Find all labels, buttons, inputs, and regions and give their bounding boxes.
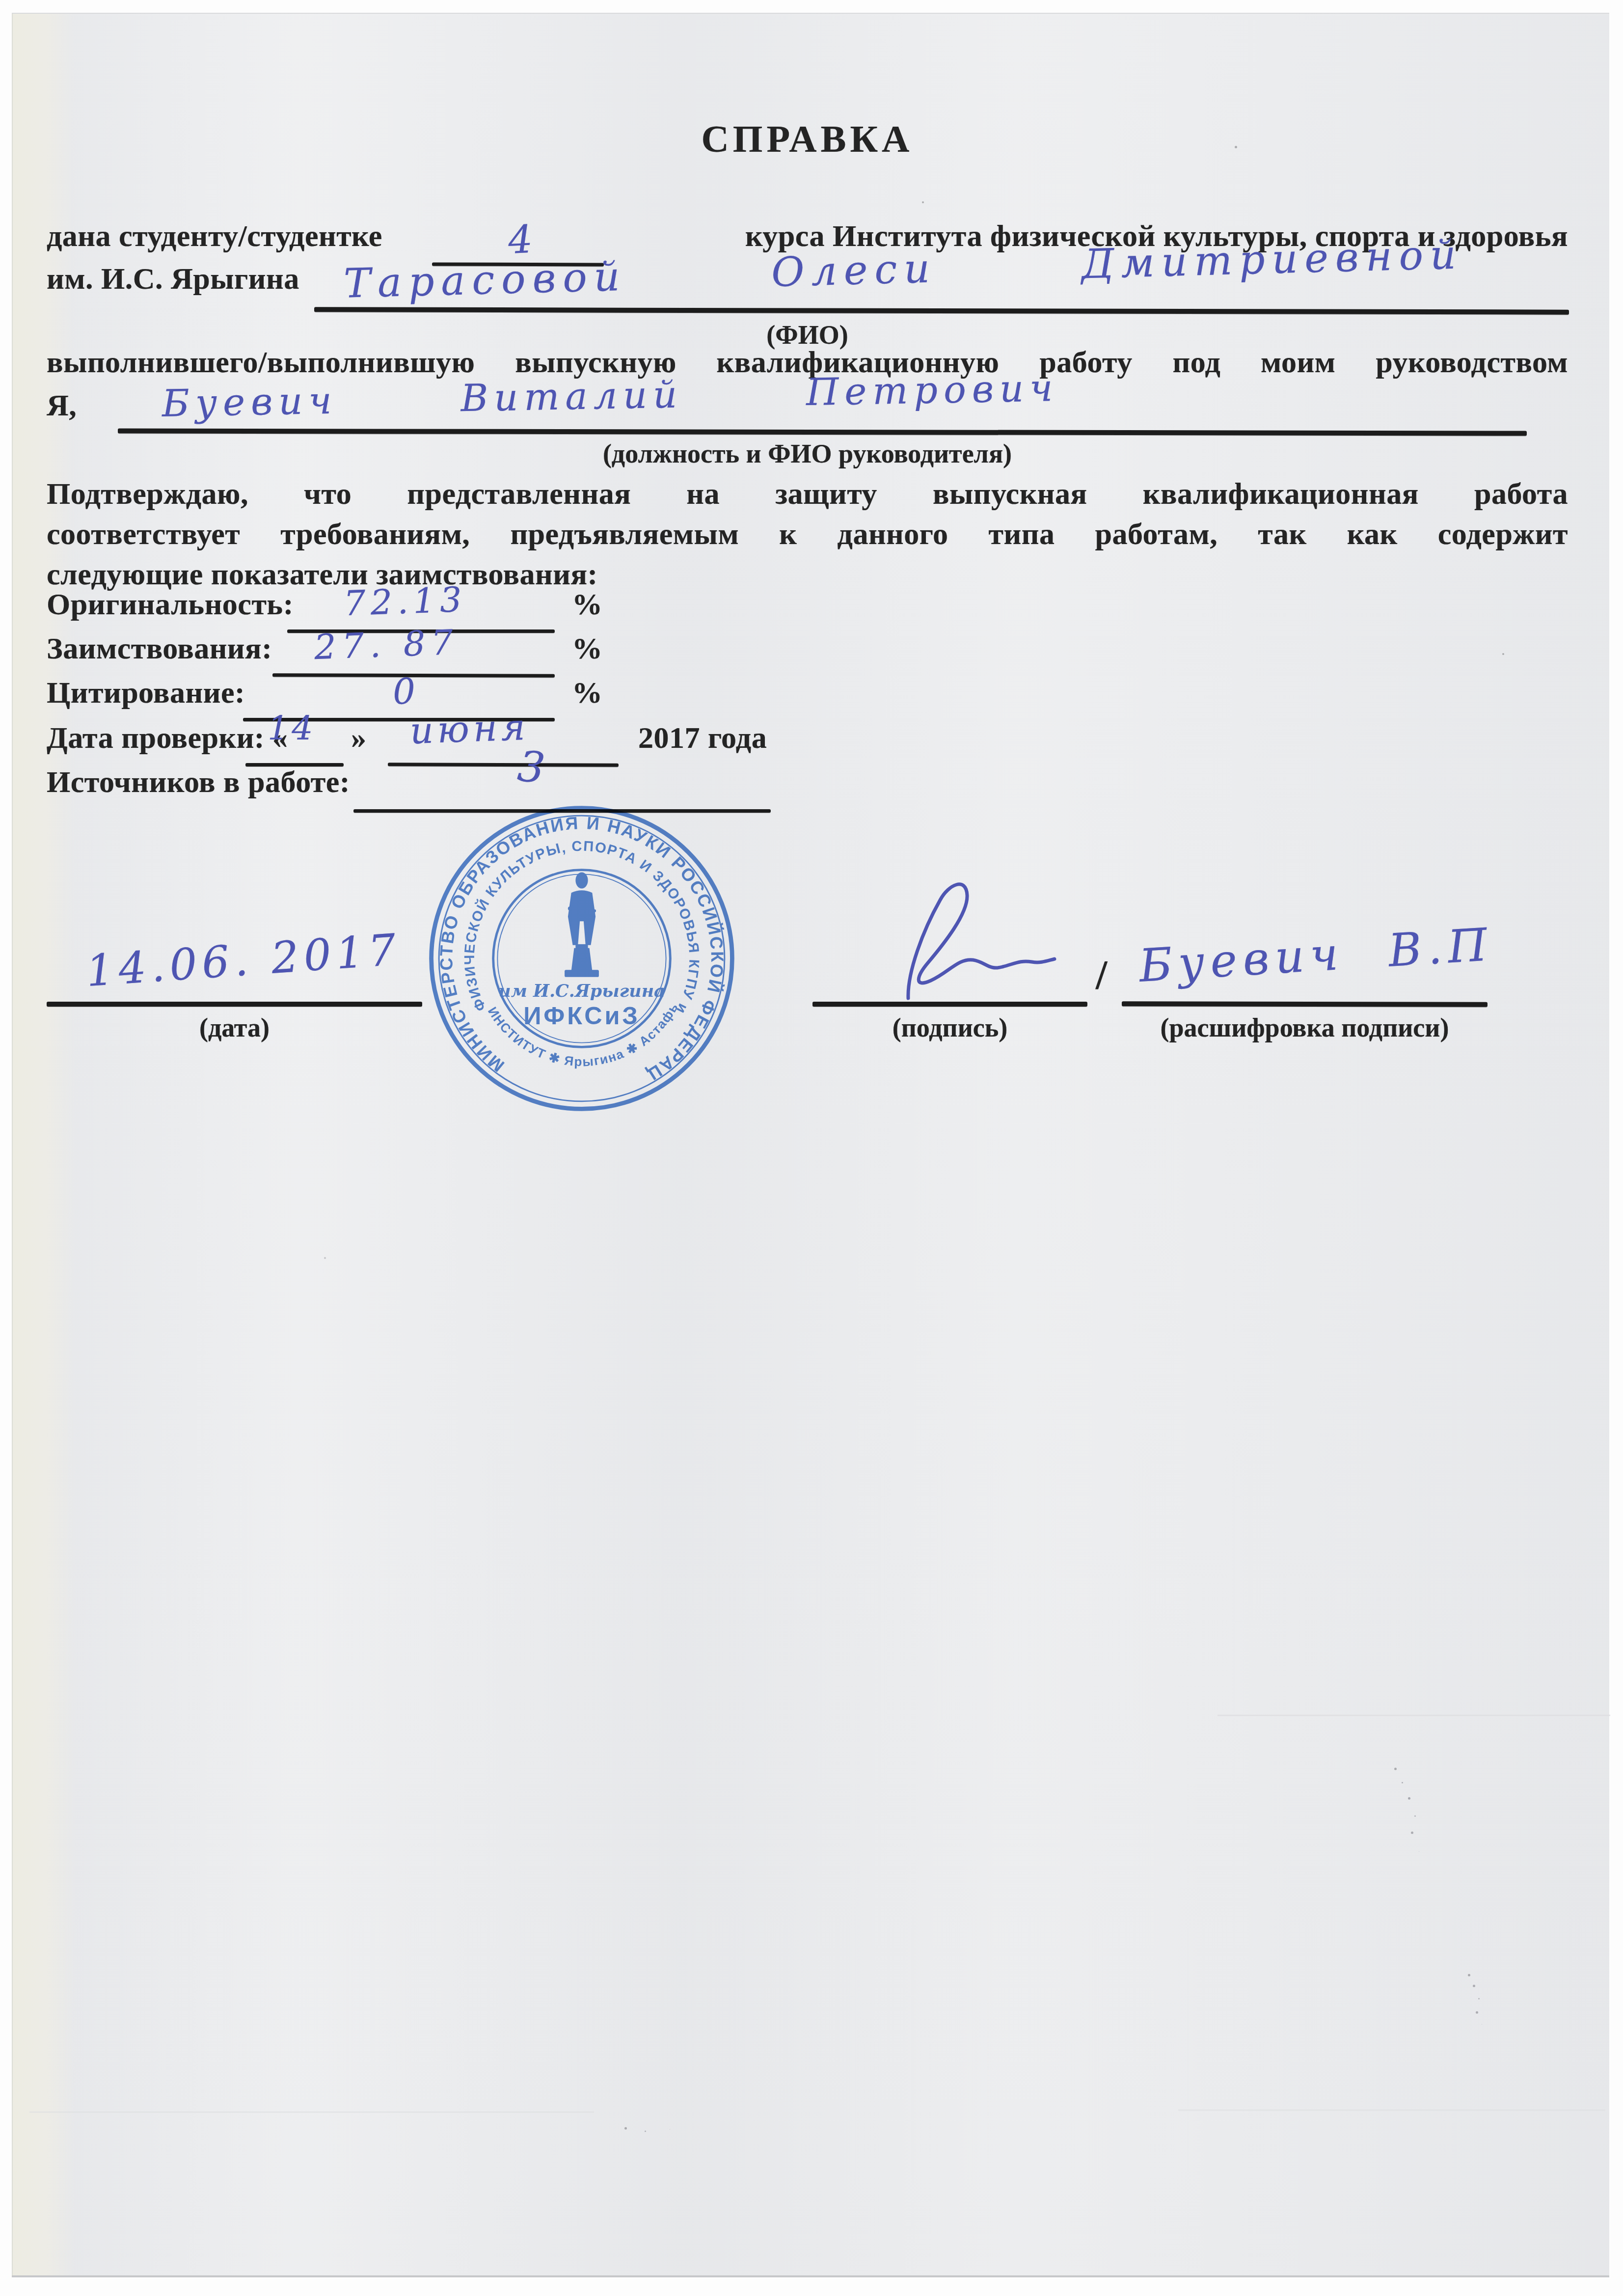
fio-caption: (ФИО) bbox=[47, 322, 1568, 348]
handwritten-month: июня bbox=[409, 709, 530, 749]
date-rule bbox=[47, 1002, 422, 1007]
check-date-label: Дата проверки: « bbox=[47, 723, 288, 753]
sources-label: Источников в работе: bbox=[47, 767, 350, 797]
signer-name-caption: (расшифровка подписи) bbox=[1122, 1014, 1488, 1041]
signature bbox=[889, 867, 1075, 1014]
scan-streak bbox=[1217, 1715, 1610, 1716]
handwritten-sources-count: 3 bbox=[516, 745, 547, 790]
line1-prefix: дана студенту/студентке bbox=[47, 221, 382, 251]
scan-speck bbox=[1502, 653, 1504, 655]
paragraph-line-1: Подтверждаю, что представленная на защит… bbox=[47, 479, 1568, 509]
line-supervisor-prefix: Я, bbox=[47, 390, 77, 421]
metric-borrowing-label: Заимствования: bbox=[47, 633, 272, 664]
metric-originality-unit: % bbox=[572, 589, 603, 620]
signature-caption: (подпись) bbox=[812, 1014, 1087, 1041]
scan-speck-cluster bbox=[624, 2127, 627, 2130]
check-date-quote-close: » bbox=[351, 723, 367, 753]
scan-speck bbox=[1235, 146, 1237, 148]
page-title: СПРАВКА bbox=[47, 117, 1568, 161]
handwritten-borrowing: 27. 87 bbox=[314, 625, 460, 664]
paragraph-line-2: соответствует требованиям, предъявляемым… bbox=[47, 519, 1568, 549]
stamp-graphic: МИНИСТЕРСТВО ОБРАЗОВАНИЯ И НАУКИ РОССИЙС… bbox=[425, 801, 739, 1116]
metric-borrowing-unit: % bbox=[572, 633, 603, 664]
scan-speck-cluster bbox=[1468, 1974, 1470, 1976]
stamp-statue-icon bbox=[565, 872, 599, 977]
metric-citation-label: Цитирование: bbox=[47, 678, 245, 708]
slash-separator: / bbox=[1096, 955, 1108, 996]
metric-citation-unit: % bbox=[572, 678, 603, 708]
institution-stamp: МИНИСТЕРСТВО ОБРАЗОВАНИЯ И НАУКИ РОССИЙС… bbox=[425, 801, 739, 1116]
signature-stroke bbox=[908, 884, 1055, 998]
handwritten-originality: 72.13 bbox=[343, 582, 467, 621]
handwritten-citation: 0 bbox=[392, 673, 416, 710]
signature-rule bbox=[812, 1002, 1087, 1007]
signer-name-rule bbox=[1122, 1001, 1488, 1007]
check-date-year: 2017 года bbox=[638, 723, 767, 753]
scan-speck bbox=[922, 201, 924, 203]
signature-graphic bbox=[889, 867, 1075, 1014]
paragraph-line-3: следующие показатели заимствования: bbox=[47, 559, 598, 590]
supervisor-caption: (должность и ФИО руководителя) bbox=[47, 440, 1568, 467]
scan-speck-cluster bbox=[1394, 1768, 1397, 1770]
scan-streak bbox=[29, 2111, 594, 2113]
stamp-center-name: им И.С.Ярыгина bbox=[498, 981, 665, 1001]
scan-speck bbox=[324, 1257, 326, 1259]
stamp-center-abbr: ИФКСиЗ bbox=[523, 1002, 640, 1030]
para1-text: Подтверждаю, что представленная на защит… bbox=[47, 477, 1568, 511]
metric-originality-label: Оригинальность: bbox=[47, 589, 294, 620]
handwritten-course: 4 bbox=[507, 220, 534, 260]
line-institute-name: им. И.С. Ярыгина bbox=[47, 264, 299, 294]
para2-text: соответствует требованиям, предъявляемым… bbox=[47, 518, 1568, 551]
date-caption: (дата) bbox=[47, 1014, 422, 1041]
scan-streak bbox=[1178, 2109, 1605, 2111]
scanned-certificate-page: СПРАВКА дана студенту/студентке курса Ин… bbox=[0, 0, 1623, 2296]
handwritten-day: 14 bbox=[268, 712, 316, 745]
